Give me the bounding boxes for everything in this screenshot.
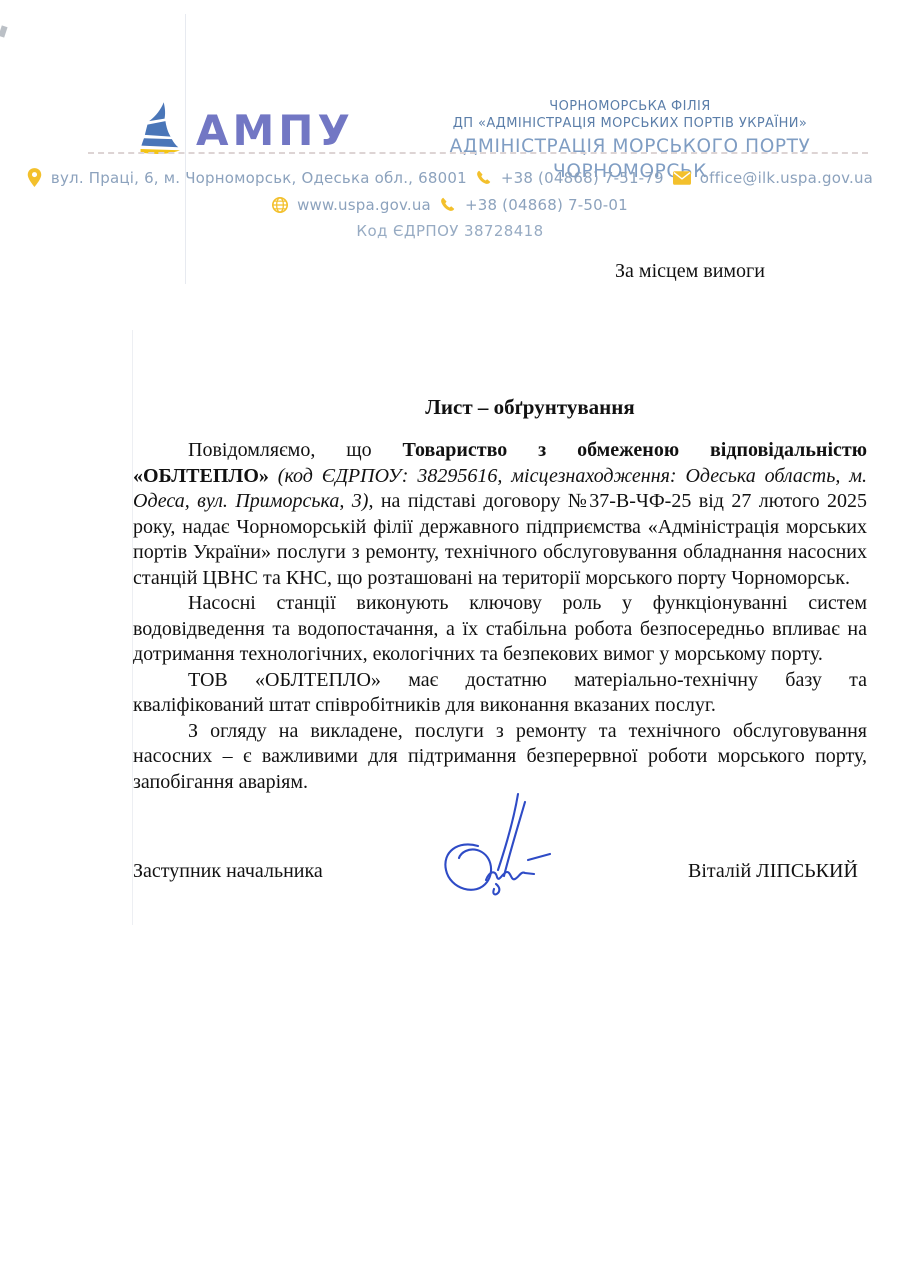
website-text: www.uspa.gov.ua <box>297 196 431 214</box>
logo-wordmark: АМПУ <box>196 110 354 152</box>
phone-number-1: +38 (04868) 7-51-79 <box>501 169 664 187</box>
enterprise-name: ДП «АДМІНІСТРАЦІЯ МОРСЬКИХ ПОРТІВ УКРАЇН… <box>390 115 870 132</box>
address-text: вул. Праці, 6, м. Чорноморськ, Одеська о… <box>51 169 467 187</box>
letter-page: АМПУ ЧОРНОМОРСЬКА ФІЛІЯ ДП «АДМІНІСТРАЦІ… <box>0 0 900 1274</box>
contact-line-2: www.uspa.gov.ua +38 (04868) 7-50-01 <box>0 196 900 214</box>
location-pin-icon <box>27 168 42 187</box>
phone-number-2: +38 (04868) 7-50-01 <box>465 196 628 214</box>
globe-icon <box>272 197 288 213</box>
branch-name: ЧОРНОМОРСЬКА ФІЛІЯ <box>390 98 870 115</box>
paragraph-2: Насосні станції виконують ключову роль у… <box>133 591 867 668</box>
scan-artifact-mark <box>0 25 8 37</box>
signer-name: Віталій ЛІПСЬКИЙ <box>688 860 858 883</box>
edrpou-code: Код ЄДРПОУ 38728418 <box>0 222 900 240</box>
contact-line-1: вул. Праці, 6, м. Чорноморськ, Одеська о… <box>0 168 900 187</box>
handwritten-signature <box>428 788 578 921</box>
recipient-line: За місцем вимоги <box>600 260 780 283</box>
document-title: Лист – обґрунтування <box>160 395 900 420</box>
signer-position: Заступник начальника <box>133 860 323 883</box>
phone-icon <box>440 197 456 213</box>
phone-icon <box>476 170 492 186</box>
header-separator <box>88 152 868 154</box>
letter-body: Повідомляємо, що Товариство з обмеженою … <box>133 438 867 795</box>
paragraph-1: Повідомляємо, що Товариство з обмеженою … <box>133 438 867 591</box>
paragraph-4: З огляду на викладене, послуги з ремонту… <box>133 719 867 796</box>
mail-icon <box>673 171 691 185</box>
email-text: office@ilk.uspa.gov.ua <box>700 169 873 187</box>
paragraph-3: ТОВ «ОБЛТЕПЛО» має достатню матеріально-… <box>133 668 867 719</box>
